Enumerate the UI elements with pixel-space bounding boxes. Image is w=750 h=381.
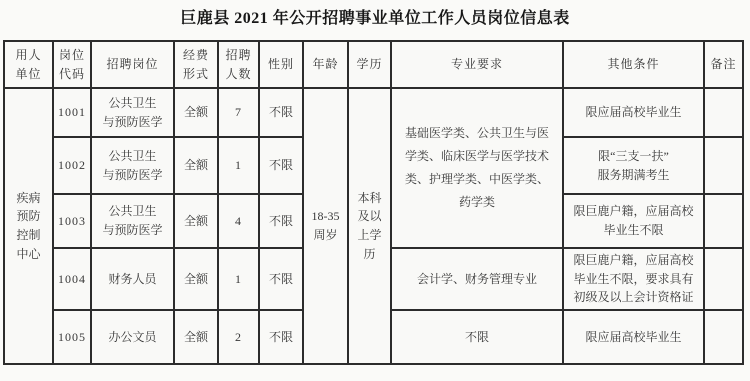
- cell-1002-remark: [704, 137, 743, 194]
- table-header-row: 用人 单位 岗位 代码 招聘岗位 经费 形式 招聘 人数 性别 年龄 学历 专业…: [4, 41, 743, 88]
- cell-1001-count: 7: [218, 88, 259, 137]
- cell-1002-funding: 全额: [174, 137, 218, 194]
- col-header-age: 年龄: [303, 41, 348, 88]
- cell-1001-position: 公共卫生 与预防医学: [91, 88, 174, 137]
- cell-1002-count: 1: [218, 137, 259, 194]
- document-page: 巨鹿县 2021 年公开招聘事业单位工作人员岗位信息表 用人 单位 岗位 代码 …: [0, 0, 750, 381]
- cell-1001-gender: 不限: [259, 88, 303, 137]
- cell-1003-funding: 全额: [174, 194, 218, 248]
- col-header-employer: 用人 单位: [4, 41, 53, 88]
- cell-major-merged-1001-1003: 基础医学类、公共卫生与医 学类、临床医学与医学技术 类、护理学类、中医学类、 药…: [391, 88, 563, 248]
- job-positions-table: 用人 单位 岗位 代码 招聘岗位 经费 形式 招聘 人数 性别 年龄 学历 专业…: [3, 40, 744, 365]
- col-header-code: 岗位 代码: [53, 41, 91, 88]
- cell-1004-major: 会计学、财务管理专业: [391, 248, 563, 310]
- col-header-count: 招聘 人数: [218, 41, 259, 88]
- cell-1001-funding: 全额: [174, 88, 218, 137]
- cell-1005-count: 2: [218, 310, 259, 364]
- cell-1005-position: 办公文员: [91, 310, 174, 364]
- cell-1005-other: 限应届高校毕业生: [563, 310, 704, 364]
- cell-1003-other: 限巨鹿户籍，应届高校 毕业生不限: [563, 194, 704, 248]
- cell-1003-count: 4: [218, 194, 259, 248]
- cell-1003-remark: [704, 194, 743, 248]
- cell-1001-code: 1001: [53, 88, 91, 137]
- cell-1003-position: 公共卫生 与预防医学: [91, 194, 174, 248]
- col-header-major: 专业要求: [391, 41, 563, 88]
- cell-1004-gender: 不限: [259, 248, 303, 310]
- col-header-funding: 经费 形式: [174, 41, 218, 88]
- cell-education-merged: 本科 及以 上学 历: [348, 88, 391, 364]
- col-header-position: 招聘岗位: [91, 41, 174, 88]
- cell-1004-position: 财务人员: [91, 248, 174, 310]
- cell-1002-gender: 不限: [259, 137, 303, 194]
- cell-1005-remark: [704, 310, 743, 364]
- cell-1004-funding: 全额: [174, 248, 218, 310]
- cell-1004-count: 1: [218, 248, 259, 310]
- cell-1004-code: 1004: [53, 248, 91, 310]
- cell-1001-other: 限应届高校毕业生: [563, 88, 704, 137]
- col-header-other: 其他条件: [563, 41, 704, 88]
- cell-1003-code: 1003: [53, 194, 91, 248]
- cell-1005-major: 不限: [391, 310, 563, 364]
- cell-1004-other: 限巨鹿户籍，应届高校 毕业生不限，要求具有 初级及以上会计资格证: [563, 248, 704, 310]
- col-header-remark: 备注: [704, 41, 743, 88]
- page-title: 巨鹿县 2021 年公开招聘事业单位工作人员岗位信息表: [0, 0, 750, 31]
- cell-age-merged: 18-35 周岁: [303, 88, 348, 364]
- cell-1003-gender: 不限: [259, 194, 303, 248]
- cell-1005-gender: 不限: [259, 310, 303, 364]
- cell-1002-other: 限“三支一扶” 服务期满考生: [563, 137, 704, 194]
- col-header-gender: 性别: [259, 41, 303, 88]
- cell-1004-remark: [704, 248, 743, 310]
- table-row-1001: 疾病 预防 控制 中心 1001 公共卫生 与预防医学 全额 7 不限 18-3…: [4, 88, 743, 137]
- cell-1001-remark: [704, 88, 743, 137]
- cell-employer-merged: 疾病 预防 控制 中心: [4, 88, 53, 364]
- col-header-education: 学历: [348, 41, 391, 88]
- cell-1002-position: 公共卫生 与预防医学: [91, 137, 174, 194]
- cell-1005-funding: 全额: [174, 310, 218, 364]
- cell-1002-code: 1002: [53, 137, 91, 194]
- cell-1005-code: 1005: [53, 310, 91, 364]
